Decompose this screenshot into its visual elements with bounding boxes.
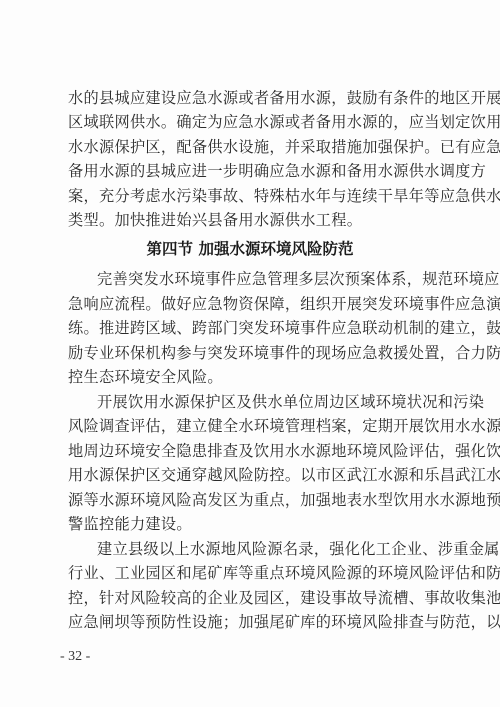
paragraph-line: 风险调查评估，建立健全水环境管理档案，定期开展饮用水水源 <box>68 416 434 436</box>
paragraph-line: 控，针对风险较高的企业及园区，建设事故导流槽、事故收集池、 <box>68 588 434 608</box>
paragraph-line: 区域联网供水。确定为应急水源或者备用水源的，应当划定饮用 <box>68 112 434 132</box>
paragraph-line: 练。推进跨区域、跨部门突发环境事件应急联动机制的建立，鼓 <box>68 318 434 338</box>
paragraph-line: 励专业环保机构参与突发环境事件的现场应急救援处置，合力防 <box>68 343 434 363</box>
paragraph-line: 水水源保护区，配备供水设施，并采取措施加强保护。已有应急 <box>68 137 434 157</box>
paragraph-line: 地周边环境安全隐患排查及饮用水水源地环境风险评估，强化饮 <box>68 441 434 461</box>
paragraph-line: 应急闸坝等预防性设施；加强尾矿库的环境风险排查与防范，以 <box>68 612 434 632</box>
paragraph-line: 急响应流程。做好应急物资保障，组织开展突发环境事件应急演 <box>68 294 434 314</box>
paragraph-line: 开展饮用水源保护区及供水单位周边区域环境状况和污染 <box>97 392 434 412</box>
paragraph-line: 控生态环境安全风险。 <box>68 367 434 387</box>
paragraph-line: 备用水源的县城应进一步明确应急水源和备用水源供水调度方 <box>68 161 434 181</box>
page-number: - 32 - <box>60 648 90 666</box>
paragraph-line: 建立县级以上水源地风险源名录，强化化工企业、涉重金属 <box>97 539 434 559</box>
paragraph-line: 水的县城应建设应急水源或者备用水源，鼓励有条件的地区开展 <box>68 88 434 108</box>
paragraph-line: 用水源保护区交通穿越风险防控。以市区武江水源和乐昌武江水 <box>68 465 434 485</box>
paragraph-line: 完善突发水环境事件应急管理多层次预案体系，规范环境应 <box>97 269 434 289</box>
document-page: 水的县城应建设应急水源或者备用水源，鼓励有条件的地区开展 区域联网供水。确定为应… <box>0 0 500 707</box>
paragraph-line: 行业、工业园区和尾矿库等重点环境风险源的环境风险评估和防 <box>68 563 434 583</box>
paragraph-line: 案，充分考虑水污染事故、特殊枯水年与连续干旱年等应急供水 <box>68 186 434 206</box>
paragraph-line: 源等水源环境风险高发区为重点，加强地表水型饮用水水源地预 <box>68 490 434 510</box>
section-heading: 第四节 加强水源环境风险防范 <box>0 239 500 259</box>
paragraph-line: 警监控能力建设。 <box>68 514 434 534</box>
paragraph-line: 类型。加快推进始兴县备用水源供水工程。 <box>68 210 434 230</box>
